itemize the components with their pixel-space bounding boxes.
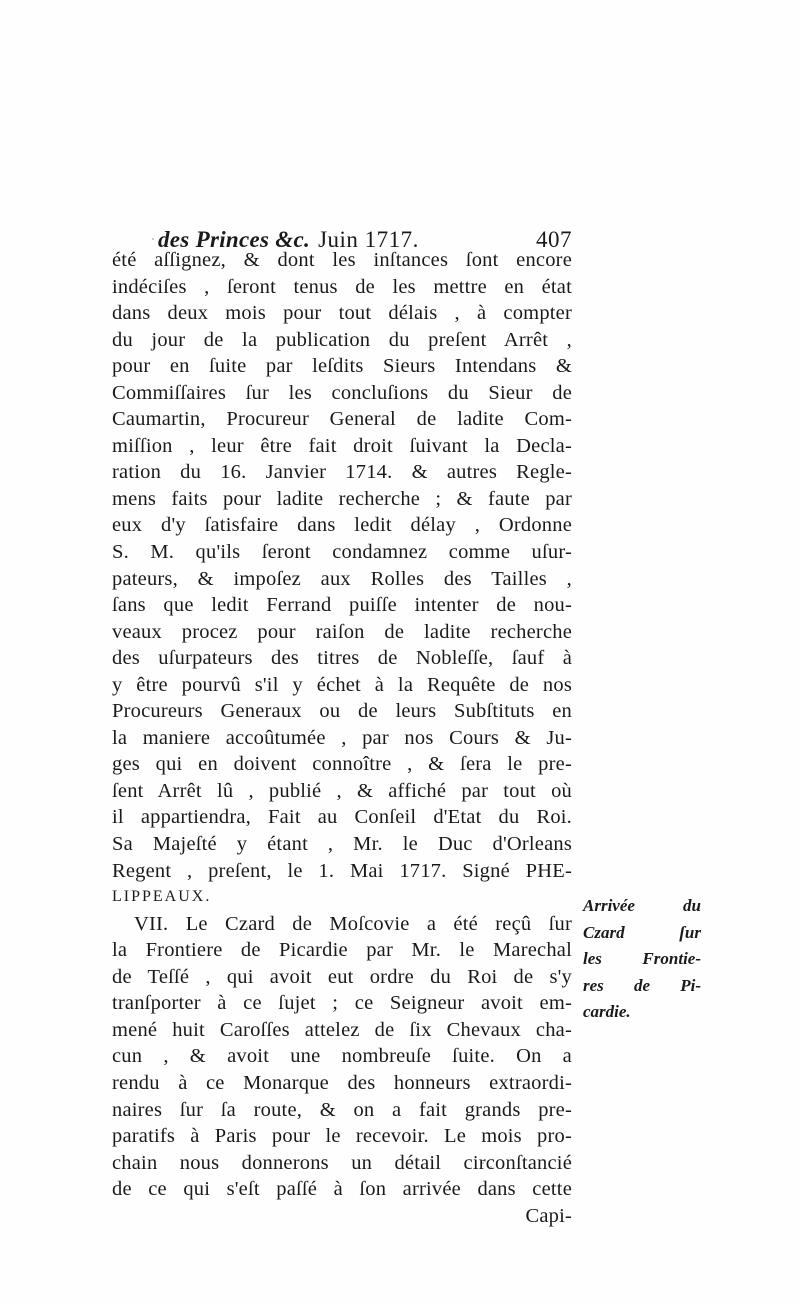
text-line: été aſſignez, & dont les inſtances ſont …	[112, 247, 572, 274]
text-line: dans deux mois pour tout délais , à comp…	[112, 300, 572, 327]
signature-line: LIPPEAUX.	[112, 884, 572, 911]
text-line: Procureurs Generaux ou de leurs Subſtitu…	[112, 698, 572, 725]
text-line: ſent Arrêt lû , publié , & affiché par t…	[112, 778, 572, 805]
body-text: été aſſignez, & dont les inſtances ſont …	[112, 247, 572, 1229]
text-line: pateurs, & impoſez aux Rolles des Taille…	[112, 566, 572, 593]
catchword: Capi-	[112, 1203, 572, 1230]
margin-note-line: res de Pi-	[583, 973, 701, 1000]
text-line: il appartiendra, Fait au Conſeil d'Etat …	[112, 804, 572, 831]
text-line: du jour de la publication du preſent Arr…	[112, 327, 572, 354]
text-line: Caumartin, Procureur General de ladite C…	[112, 406, 572, 433]
text-line: ſans que ledit Ferrand puiſſe intenter d…	[112, 592, 572, 619]
text-line: ges qui en doivent connoître , & ſera le…	[112, 751, 572, 778]
text-line: S. M. qu'ils ſeront condamnez comme uſur…	[112, 539, 572, 566]
section-vii-start: VII. Le Czard de Moſcovie a été reçû ſur	[112, 911, 572, 938]
print-speck	[482, 1162, 484, 1164]
text-line: des uſurpateurs des titres de Nobleſſe, …	[112, 645, 572, 672]
margin-note: Arrivée du Czard ſur les Frontie- res de…	[583, 893, 701, 1026]
print-speck	[152, 238, 154, 240]
text-line: paratifs à Paris pour le recevoir. Le mo…	[112, 1123, 572, 1150]
margin-note-line: cardie.	[583, 999, 701, 1026]
book-page: des Princes &c.Juin 1717. 407 été aſſign…	[0, 0, 800, 1304]
text-line: mené huit Caroſſes attelez de ſix Chevau…	[112, 1017, 572, 1044]
text-line: naires ſur ſa route, & on a fait grands …	[112, 1097, 572, 1124]
text-line: pour en ſuite par leſdits Sieurs Intenda…	[112, 353, 572, 380]
margin-note-line: Arrivée du	[583, 893, 701, 920]
text-line: indéciſes , ſeront tenus de les mettre e…	[112, 274, 572, 301]
text-line: la maniere accoûtumée , par nos Cours & …	[112, 725, 572, 752]
text-line: mens faits pour ladite recherche ; & fau…	[112, 486, 572, 513]
text-line: veaux procez pour raiſon de ladite reche…	[112, 619, 572, 646]
margin-note-line: Czard ſur	[583, 920, 701, 947]
text-line: tranſporter à ce ſujet ; ce Seigneur avo…	[112, 990, 572, 1017]
text-line: Commiſſaires ſur les concluſions du Sieu…	[112, 380, 572, 407]
text-line: Regent , preſent, le 1. Mai 1717. Signé …	[112, 858, 572, 885]
text-line: cun , & avoit une nombreuſe ſuite. On a	[112, 1043, 572, 1070]
text-line: de ce qui s'eſt paſſé à ſon arrivée dans…	[112, 1176, 572, 1203]
text-line: Sa Majeſté y étant , Mr. le Duc d'Orlean…	[112, 831, 572, 858]
text-line: y être pourvû s'il y échet à la Requête …	[112, 672, 572, 699]
print-speck	[490, 1166, 492, 1168]
text-line: ration du 16. Janvier 1714. & autres Reg…	[112, 459, 572, 486]
text-line: miſſion , leur être fait droit ſuivant l…	[112, 433, 572, 460]
text-line: chain nous donnerons un détail circonſta…	[112, 1150, 572, 1177]
text-line: eux d'y ſatisfaire dans ledit délay , Or…	[112, 512, 572, 539]
text-line: rendu à ce Monarque des honneurs extraor…	[112, 1070, 572, 1097]
text-line: de Teſſé , qui avoit eut ordre du Roi de…	[112, 964, 572, 991]
text-line: la Frontiere de Picardie par Mr. le Mare…	[112, 937, 572, 964]
margin-note-line: les Frontie-	[583, 946, 701, 973]
